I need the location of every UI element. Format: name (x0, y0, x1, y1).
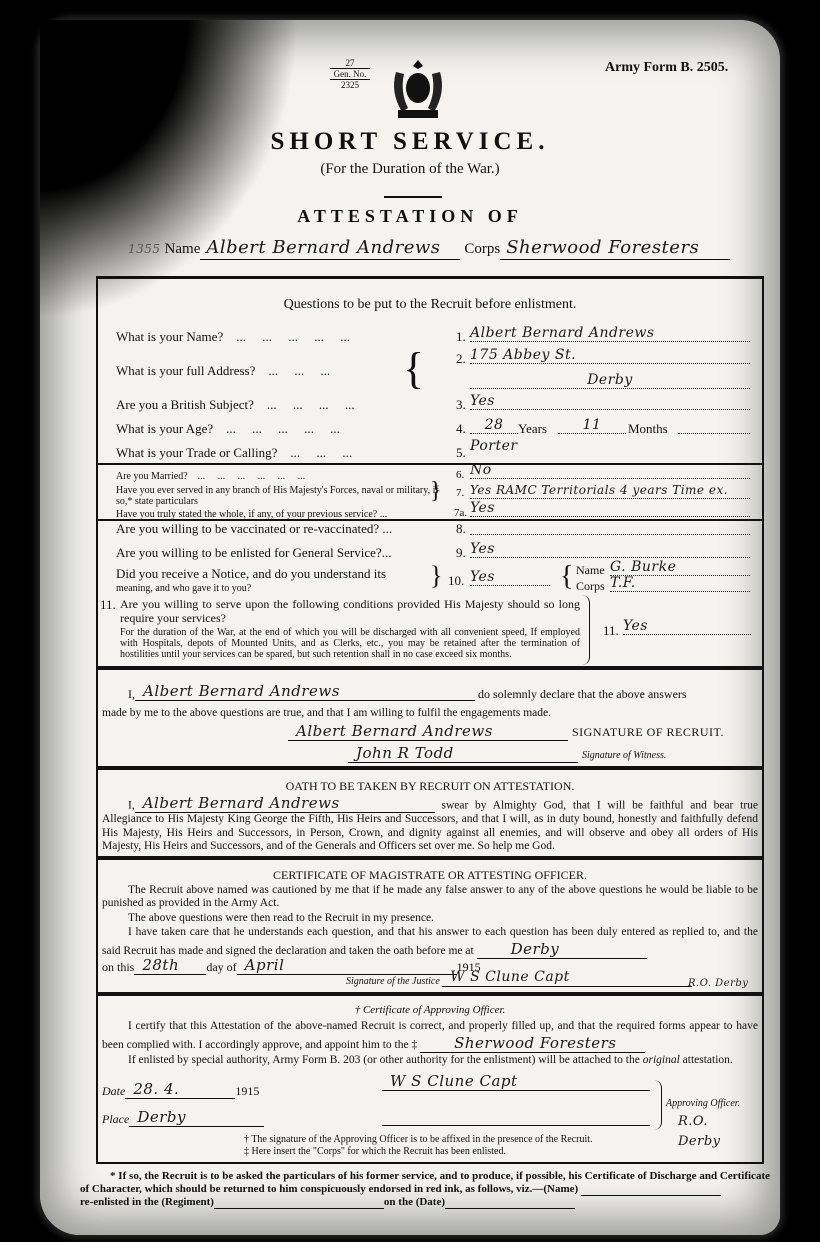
answer-11-field[interactable]: Yes (623, 619, 751, 635)
regimental-number: 1355 (128, 242, 161, 260)
footnote-regiment-field[interactable] (214, 1197, 384, 1209)
answer-number: 5. (456, 445, 466, 461)
footnote-text1: * If so, the Recruit is to be asked the … (80, 1170, 770, 1196)
question-11-conditions: For the duration of the War, at the end … (120, 627, 580, 660)
witness-label: Signature of Witness. (582, 750, 666, 761)
approving-place-row: PlaceDerby (102, 1108, 264, 1127)
approving-heading: † Certificate of Approving Officer. (98, 1004, 762, 1016)
answer-10-field[interactable]: Yes (470, 570, 550, 586)
answer-2-field[interactable]: 175 Abbey St. (470, 348, 750, 364)
answer-number: 7a. (454, 507, 467, 519)
question-10: Did you receive a Notice, and do you und… (116, 567, 436, 595)
approved-corps-field[interactable]: Sherwood Foresters (420, 1034, 645, 1053)
gen-number: 27 Gen. No. 2325 (330, 58, 370, 90)
magistrate-certificate-section: CERTIFICATE OF MAGISTRATE OR ATTESTING O… (96, 858, 764, 994)
justice-signature-sub: R.O. Derby (688, 978, 748, 989)
magistrate-heading: CERTIFICATE OF MAGISTRATE OR ATTESTING O… (98, 868, 762, 883)
declaration-name-field[interactable]: Albert Bernard Andrews (135, 682, 475, 701)
approving-p2: If enlisted by special authority, Army F… (102, 1054, 758, 1067)
justice-signature-label: Signature of the Justice (346, 976, 440, 987)
corps-field[interactable]: Sherwood Foresters (500, 237, 730, 260)
gen-no-label: Gen. No. (330, 68, 370, 80)
oath-text: I,Albert Bernard Andrews swear by Almigh… (102, 794, 758, 854)
footnote: * If so, the Recruit is to be asked the … (80, 1170, 770, 1209)
answer-number: 6. (456, 469, 464, 481)
approving-officer-line2[interactable] (382, 1108, 650, 1126)
answer-number: 10. (448, 573, 464, 589)
document-subtitle: (For the Duration of the War.) (0, 161, 820, 178)
royal-coat-of-arms-icon (390, 58, 446, 120)
approving-officer-sub1: R.O. (678, 1114, 708, 1129)
answer-7-field[interactable]: Yes RAMC Territorials 4 years Time ex. (470, 483, 750, 499)
magistrate-p1: The Recruit above named was cautioned by… (102, 884, 758, 910)
brace: } (430, 479, 442, 503)
answer-number: 2. (456, 351, 466, 367)
approving-note-1: † The signature of the Approving Officer… (244, 1134, 593, 1146)
question-8: Are you willing to be vaccinated or re-v… (116, 521, 392, 537)
notice-name-label: Name (576, 563, 605, 578)
notice-corps-field[interactable]: T.F. (610, 576, 750, 592)
justice-signature-field[interactable]: W S Clune Capt (442, 968, 692, 987)
question-1: What is your Name? ... ... ... ... ... (116, 329, 350, 345)
attestation-day-field[interactable]: 28th (134, 956, 206, 975)
answer-number: 1. (456, 329, 466, 345)
recruit-signature-label: SIGNATURE OF RECRUIT. (572, 725, 724, 739)
months-trailing-dots (678, 418, 750, 434)
approving-officer-label: Approving Officer. (666, 1098, 740, 1109)
footnote-text2-row: re-enlisted in the (Regiment)on the (Dat… (80, 1196, 770, 1209)
oath-heading: OATH TO BE TAKEN BY RECRUIT ON ATTESTATI… (98, 779, 762, 794)
years-label: Years (518, 421, 547, 437)
approving-notes: † The signature of the Approving Officer… (244, 1134, 593, 1158)
magistrate-p3: I have taken care that he understands ea… (102, 924, 758, 959)
title-rule (384, 196, 442, 198)
approving-p1: I certify that this Attestation of the a… (102, 1018, 758, 1053)
oath-section: OATH TO BE TAKEN BY RECRUIT ON ATTESTATI… (96, 768, 764, 858)
questions-heading: Questions to be put to the Recruit befor… (98, 297, 762, 313)
answer-7a-field[interactable]: Yes (470, 501, 750, 517)
question-9: Are you willing to be enlisted for Gener… (116, 545, 391, 561)
footnote-date-field[interactable] (445, 1197, 575, 1209)
brace (654, 1080, 662, 1130)
oath-name-field[interactable]: Albert Bernard Andrews (135, 794, 435, 813)
magistrate-p2: The above questions were then read to th… (128, 911, 758, 925)
approving-year: 1915 (235, 1084, 259, 1098)
age-years-field[interactable]: 28 (470, 418, 518, 434)
question-11: Are you willing to serve upon the follow… (120, 597, 580, 625)
brace: } (430, 563, 442, 589)
gen-no-bottom: 2325 (330, 80, 370, 90)
attestation-heading: ATTESTATION OF (0, 206, 820, 227)
answer-number: 9. (456, 545, 466, 561)
answer-number: 4. (456, 421, 466, 437)
witness-signature-field[interactable]: John R Todd (348, 744, 578, 763)
answer-1-field[interactable]: Albert Bernard Andrews (470, 326, 750, 342)
witness-signature-row: John R Todd Signature of Witness. (348, 744, 748, 763)
answer-8-field[interactable] (470, 519, 750, 535)
answer-9-field[interactable]: Yes (470, 542, 750, 558)
question-7: Have you ever served in any branch of Hi… (116, 485, 446, 507)
months-label: Months (628, 421, 668, 437)
brace: { (560, 563, 573, 591)
approving-date-field[interactable]: 28. 4. (125, 1080, 235, 1099)
answer-5-field[interactable]: Porter (470, 439, 750, 455)
notice-name-field[interactable]: G. Burke (610, 560, 750, 576)
answer-3-field[interactable]: Yes (470, 394, 750, 410)
brace: { (403, 347, 424, 391)
approving-place-field[interactable]: Derby (129, 1108, 264, 1127)
declaration-section: I,Albert Bernard Andrews do solemnly dec… (96, 668, 764, 768)
corps-label: Corps (464, 241, 500, 260)
answer-6-field[interactable]: No (470, 463, 750, 479)
question-2: What is your full Address? ... ... ... (116, 363, 330, 379)
approving-officer-signature-field[interactable]: W S Clune Capt (382, 1072, 650, 1091)
recruit-signature-row: Albert Bernard Andrews SIGNATURE OF RECR… (288, 722, 748, 741)
gen-no-top: 27 (330, 58, 370, 68)
question-11-number: 11. (100, 597, 116, 613)
approving-date-row: Date28. 4.1915 (102, 1080, 259, 1099)
answer-number: 11. (603, 623, 619, 639)
form-number: Army Form B. 2505. (605, 60, 728, 76)
answer-number: 3. (456, 397, 466, 413)
question-6: Are you Married? ... ... ... ... ... ... (116, 471, 305, 482)
answer-number: 8. (456, 521, 466, 537)
question-3: Are you a British Subject? ... ... ... .… (116, 397, 355, 413)
declaration-line2: made by me to the above questions are tr… (102, 706, 742, 720)
name-field[interactable]: Albert Bernard Andrews (200, 237, 460, 260)
brace (582, 595, 590, 665)
questions-section: Questions to be put to the Recruit befor… (96, 276, 764, 668)
name-corps-line: 1355 Name Albert Bernard Andrews Corps S… (128, 232, 768, 260)
age-months-field[interactable]: 11 (558, 418, 626, 434)
footnote-name-field[interactable] (581, 1184, 721, 1196)
recruit-signature-field[interactable]: Albert Bernard Andrews (288, 722, 568, 741)
approving-note-2: ‡ Here insert the "Corps" for which the … (244, 1146, 593, 1158)
declaration-line1: I,Albert Bernard Andrews do solemnly dec… (128, 682, 758, 701)
approving-officer-sub2: Derby (678, 1134, 721, 1149)
document-title: SHORT SERVICE. (0, 128, 820, 156)
approving-officer-section: † Certificate of Approving Officer. I ce… (96, 994, 764, 1164)
question-4: What is your Age? ... ... ... ... ... (116, 421, 340, 437)
question-5: What is your Trade or Calling? ... ... .… (116, 445, 352, 461)
name-label: Name (165, 241, 201, 260)
answer-number: 7. (456, 487, 464, 499)
answer-2-line2-field[interactable]: Derby (470, 373, 750, 389)
notice-corps-label: Corps (576, 579, 605, 594)
